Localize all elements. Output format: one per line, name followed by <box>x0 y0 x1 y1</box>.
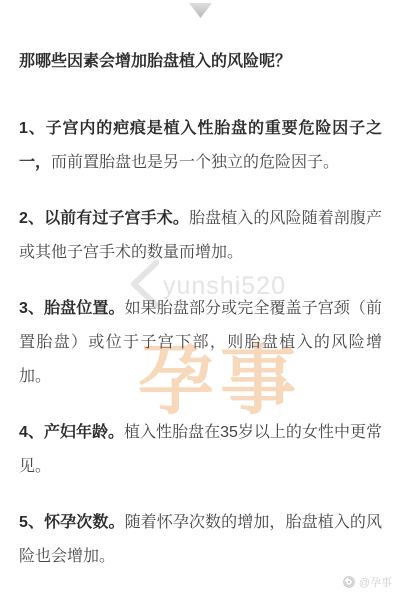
weibo-swirl-icon <box>342 575 356 592</box>
risk-item-5-lead: 5、怀孕次数。 <box>19 514 125 531</box>
risk-item-4-lead: 4、产妇年龄。 <box>19 424 124 441</box>
risk-item-3-lead: 3、胎盘位置。 <box>19 300 125 317</box>
corner-watermark-text: @孕事 <box>359 578 392 589</box>
risk-item-2-lead: 2、以前有过子宫手术。 <box>19 210 189 227</box>
risk-item-3: 3、胎盘位置。如果胎盘部分或完全覆盖子宫颈（前置胎盘）或位于子宫下部，则胎盘植入… <box>19 292 382 394</box>
page-title: 那哪些因素会增加胎盘植入的风险呢？ <box>19 50 382 74</box>
risk-item-2: 2、以前有过子宫手术。胎盘植入的风险随着剖腹产或其他子宫手术的数量而增加。 <box>19 202 382 270</box>
risk-item-1-body: 而前置胎盘也是另一个独立的危险因子。 <box>51 154 339 171</box>
corner-watermark: @孕事 <box>342 575 392 592</box>
text-card: { "article": { "heading": "那哪些因素会增加胎盘植入的… <box>0 0 400 600</box>
risk-item-1: 1、子宫内的疤痕是植入性胎盘的重要危险因子之一，而前置胎盘也是另一个独立的危险因… <box>19 112 382 180</box>
risk-item-4: 4、产妇年龄。植入性胎盘在35岁以上的女性中更常见。 <box>19 416 382 484</box>
article: 那哪些因素会增加胎盘植入的风险呢？ 1、子宫内的疤痕是植入性胎盘的重要危险因子之… <box>0 0 400 574</box>
risk-item-5: 5、怀孕次数。随着怀孕次数的增加，胎盘植入的风险也会增加。 <box>19 506 382 574</box>
